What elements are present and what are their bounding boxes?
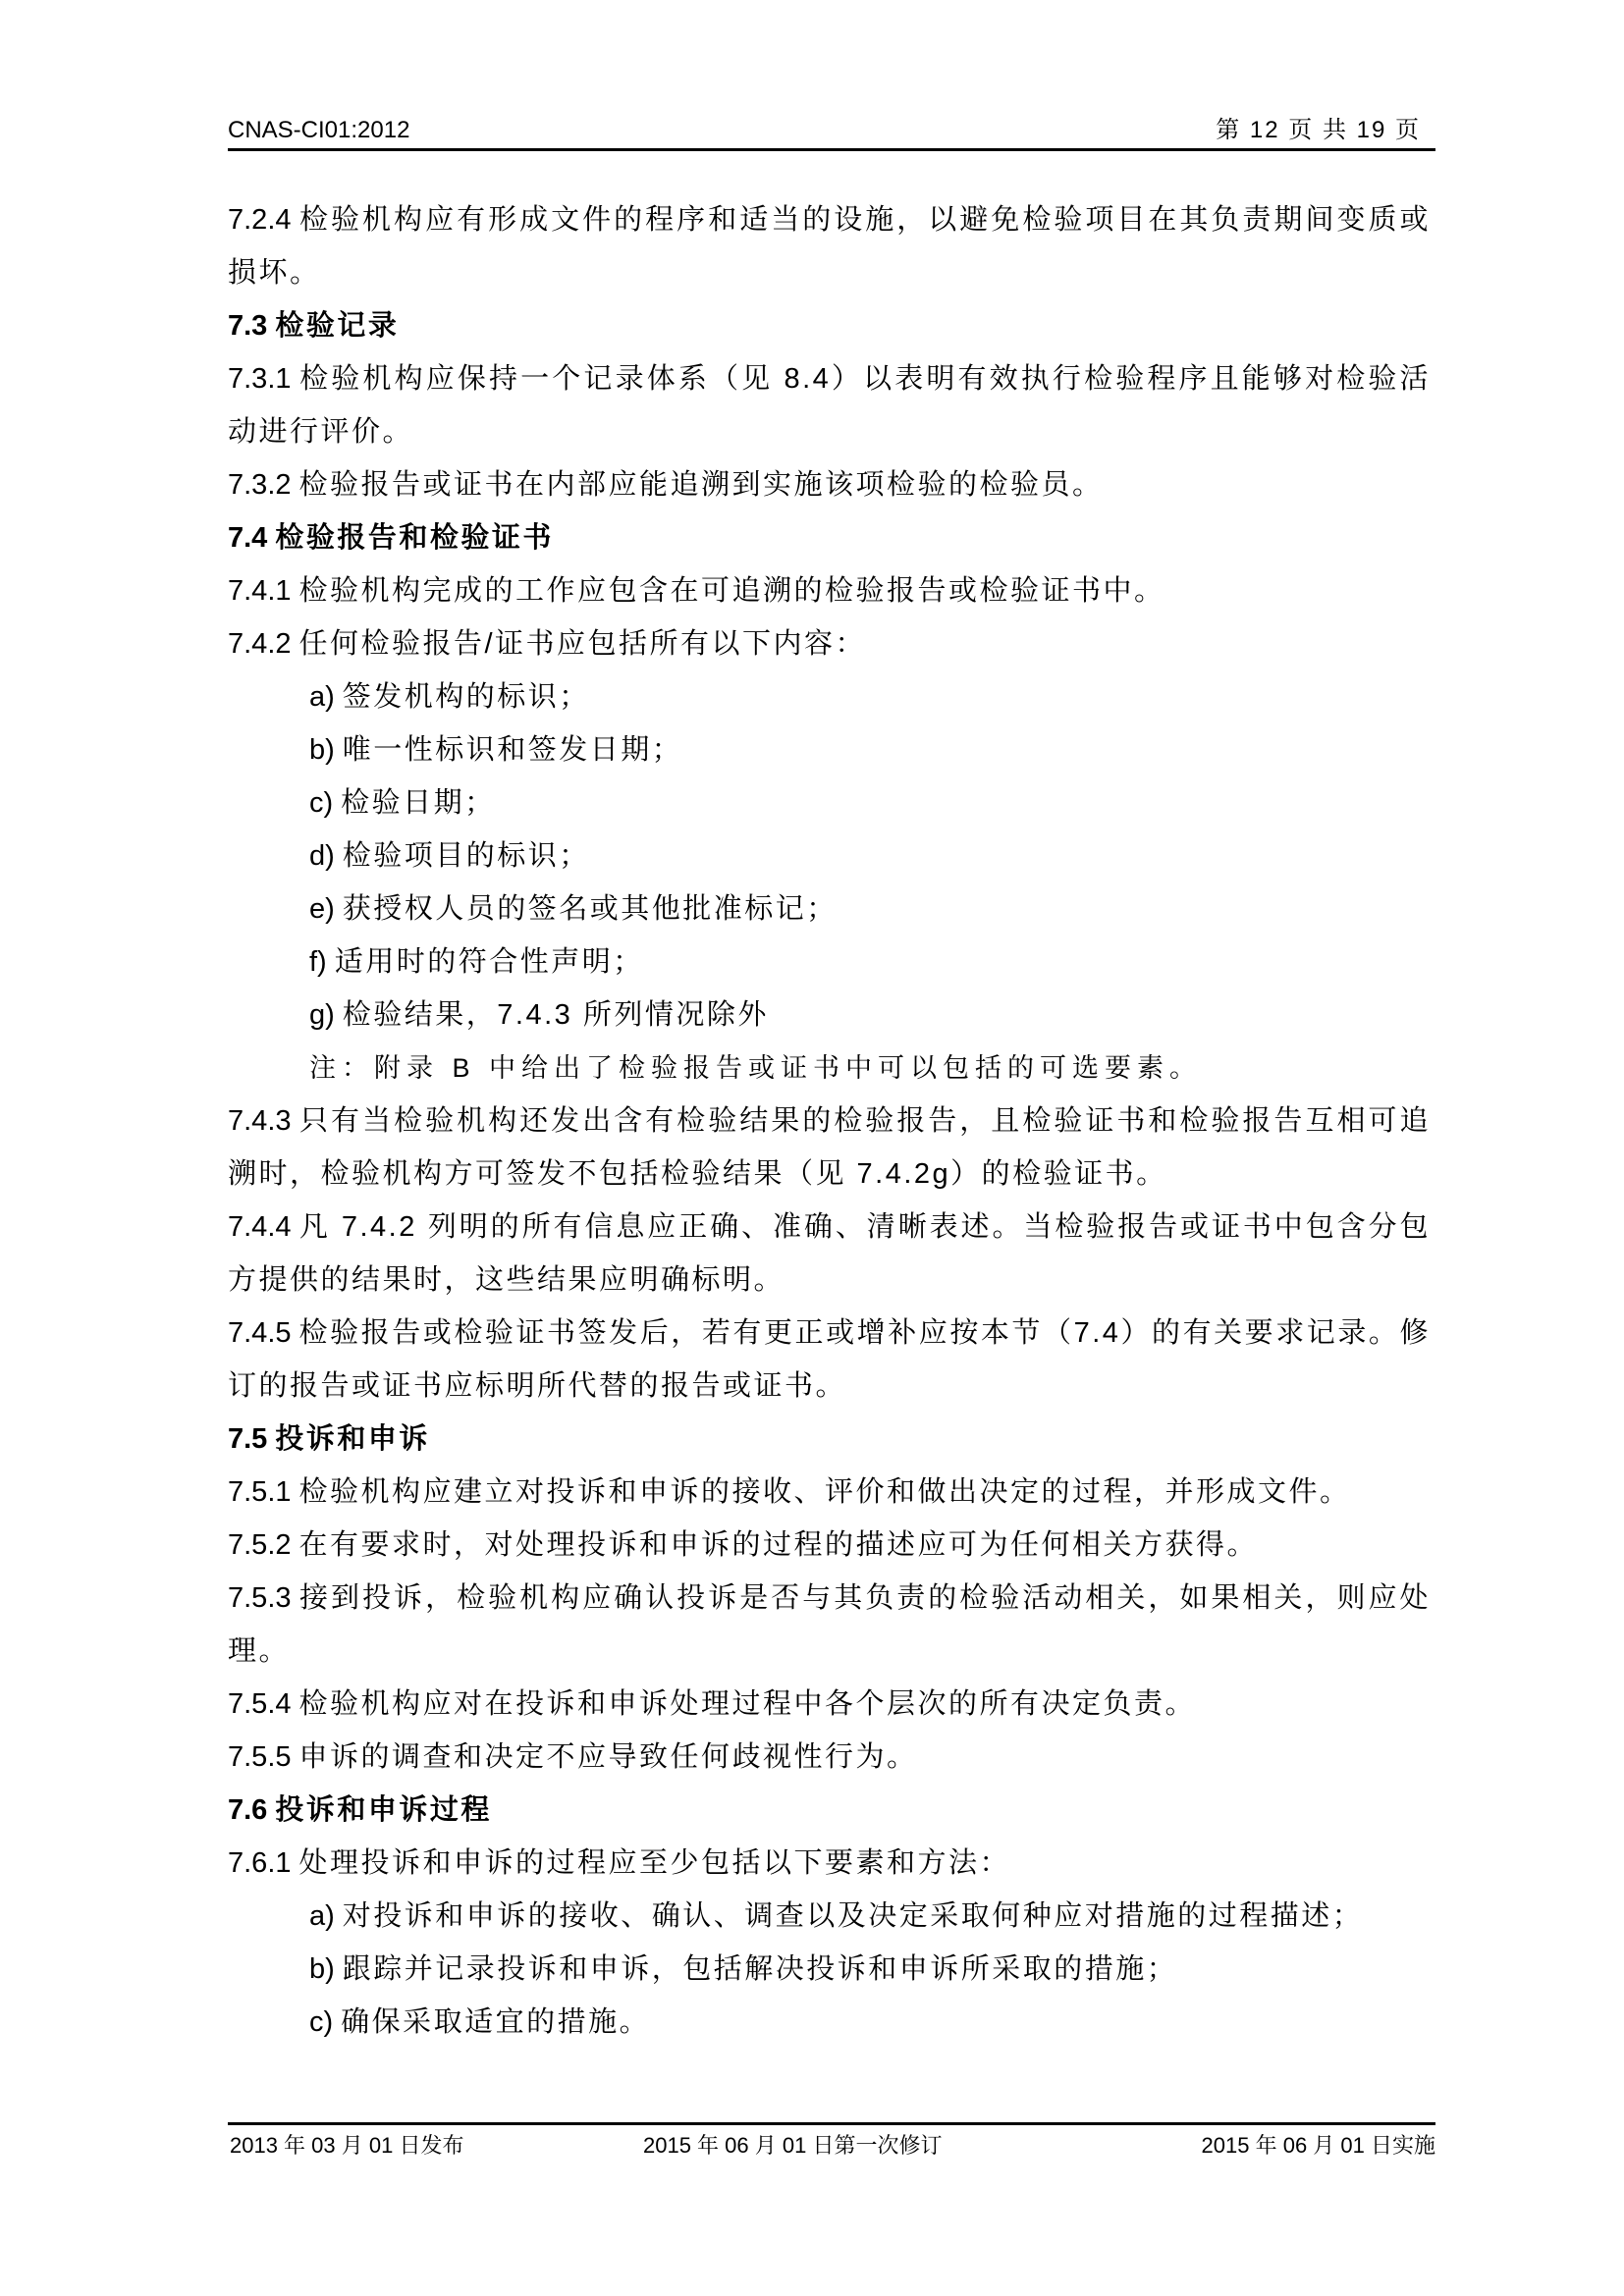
clause-number: 7.5.3 [228, 1582, 292, 1614]
section-title: 检验报告和检验证书 [275, 522, 554, 554]
item-text: 确保采取适宜的措施。 [341, 2006, 650, 2038]
section-heading-7-6: 7.6投诉和申诉过程 [228, 1784, 1431, 1837]
list-item: e)获授权人员的签名或其他批准标记； [228, 882, 1431, 935]
clause-number: 7.5.4 [228, 1688, 292, 1720]
item-label: b) [309, 1953, 335, 1985]
clause-number: 7.4.2 [228, 628, 292, 660]
item-text: 获授权人员的签名或其他批准标记； [343, 893, 838, 925]
issue-date: 2013 年 03 月 01 日发布 [230, 2132, 463, 2160]
clause-text: 接到投诉，检验机构应确认投诉是否与其负责的检验活动相关，如果相关，则应处理。 [228, 1582, 1431, 1667]
section-number: 7.6 [228, 1794, 267, 1826]
header-rule [228, 148, 1435, 151]
item-text: 唯一性标识和签发日期； [343, 734, 683, 766]
item-text: 适用时的符合性声明； [335, 946, 644, 978]
list-item: f)适用时的符合性声明； [228, 935, 1431, 988]
clause-number: 7.4.4 [228, 1211, 292, 1243]
item-text: 对投诉和申诉的接收、确认、调查以及决定采取何种应对措施的过程描述； [343, 1900, 1364, 1932]
list-item: b)唯一性标识和签发日期； [228, 723, 1431, 776]
item-text: 签发机构的标识； [343, 681, 590, 713]
clause-text: 在有要求时，对处理投诉和申诉的过程的描述应可为任何相关方获得。 [299, 1529, 1259, 1561]
clause-number: 7.5.1 [228, 1476, 292, 1508]
section-number: 7.4 [228, 522, 267, 554]
section-heading-7-3: 7.3检验记录 [228, 299, 1431, 352]
list-item: d)检验项目的标识； [228, 829, 1431, 882]
clause-text: 凡 7.4.2 列明的所有信息应正确、准确、清晰表述。当检验报告或证书中包含分包… [228, 1211, 1431, 1296]
list-item: c)确保采取适宜的措施。 [228, 1996, 1431, 2049]
section-title: 投诉和申诉 [275, 1423, 430, 1455]
list-item: c)检验日期； [228, 776, 1431, 829]
clause-text: 检验报告或检验证书签发后，若有更正或增补应按本节（7.4）的有关要求记录。修订的… [228, 1317, 1431, 1402]
clause-7-3-1: 7.3.1检验机构应保持一个记录体系（见 8.4）以表明有效执行检验程序且能够对… [228, 352, 1431, 458]
section-title: 投诉和申诉过程 [275, 1794, 492, 1826]
item-label: c) [309, 2006, 333, 2038]
clause-text: 处理投诉和申诉的过程应至少包括以下要素和方法： [299, 1847, 1011, 1879]
item-label: f) [309, 946, 327, 978]
item-label: d) [309, 840, 335, 872]
clause-text: 申诉的调查和决定不应导致任何歧视性行为。 [299, 1741, 918, 1773]
item-text: 检验日期； [341, 787, 496, 819]
clause-7-5-5: 7.5.5申诉的调查和决定不应导致任何歧视性行为。 [228, 1731, 1431, 1784]
section-heading-7-5: 7.5投诉和申诉 [228, 1413, 1431, 1466]
effective-date: 2015 年 06 月 01 日实施 [1202, 2132, 1435, 2160]
list-item: b)跟踪并记录投诉和申诉，包括解决投诉和申诉所采取的措施； [228, 1943, 1431, 1996]
clause-7-5-4: 7.5.4检验机构应对在投诉和申诉处理过程中各个层次的所有决定负责。 [228, 1678, 1431, 1731]
section-number: 7.5 [228, 1423, 267, 1455]
list-item: a)签发机构的标识； [228, 670, 1431, 723]
footer-rule [228, 2122, 1435, 2125]
item-label: a) [309, 1900, 335, 1932]
document-body: 7.2.4检验机构应有形成文件的程序和适当的设施，以避免检验项目在其负责期间变质… [228, 193, 1431, 2049]
clause-text: 检验机构应建立对投诉和申诉的接收、评价和做出决定的过程，并形成文件。 [299, 1476, 1351, 1508]
section-number: 7.3 [228, 310, 267, 342]
list-item: a)对投诉和申诉的接收、确认、调查以及决定采取何种应对措施的过程描述； [228, 1890, 1431, 1943]
clause-number: 7.4.1 [228, 575, 292, 607]
clause-text: 检验机构应保持一个记录体系（见 8.4）以表明有效执行检验程序且能够对检验活动进… [228, 363, 1431, 448]
clause-7-4-2: 7.4.2任何检验报告/证书应包括所有以下内容： [228, 617, 1431, 670]
clause-7-4-1: 7.4.1检验机构完成的工作应包含在可追溯的检验报告或检验证书中。 [228, 564, 1431, 617]
clause-number: 7.5.2 [228, 1529, 292, 1561]
clause-number: 7.4.3 [228, 1105, 292, 1137]
item-label: g) [309, 999, 335, 1031]
section-heading-7-4: 7.4检验报告和检验证书 [228, 511, 1431, 564]
clause-7-6-1: 7.6.1处理投诉和申诉的过程应至少包括以下要素和方法： [228, 1837, 1431, 1890]
clause-text: 任何检验报告/证书应包括所有以下内容： [299, 628, 867, 660]
clause-7-5-1: 7.5.1检验机构应建立对投诉和申诉的接收、评价和做出决定的过程，并形成文件。 [228, 1466, 1431, 1519]
item-text: 检验结果，7.4.3 所列情况除外 [343, 999, 769, 1031]
clause-number: 7.4.5 [228, 1317, 292, 1349]
clause-text: 检验机构应有形成文件的程序和适当的设施，以避免检验项目在其负责期间变质或损坏。 [228, 204, 1431, 289]
clause-number: 7.3.2 [228, 469, 292, 501]
note: 注：附录 B 中给出了检验报告或证书中可以包括的可选要素。 [228, 1041, 1431, 1095]
clause-7-4-4: 7.4.4凡 7.4.2 列明的所有信息应正确、准确、清晰表述。当检验报告或证书… [228, 1201, 1431, 1307]
page-footer: 2013 年 03 月 01 日发布 2015 年 06 月 01 日第一次修订… [228, 2132, 1435, 2160]
item-label: e) [309, 893, 335, 925]
clause-number: 7.3.1 [228, 363, 292, 395]
document-code: CNAS-CI01:2012 [228, 115, 409, 146]
section-title: 检验记录 [275, 310, 399, 342]
clause-text: 检验机构应对在投诉和申诉处理过程中各个层次的所有决定负责。 [299, 1688, 1197, 1720]
item-label: c) [309, 787, 333, 819]
item-text: 检验项目的标识； [343, 840, 590, 872]
clause-number: 7.5.5 [228, 1741, 292, 1773]
page-header: CNAS-CI01:2012 第 12 页 共 19 页 [228, 115, 1435, 146]
clause-number: 7.2.4 [228, 204, 292, 236]
clause-7-2-4: 7.2.4检验机构应有形成文件的程序和适当的设施，以避免检验项目在其负责期间变质… [228, 193, 1431, 299]
item-text: 跟踪并记录投诉和申诉，包括解决投诉和申诉所采取的措施； [343, 1953, 1178, 1985]
clause-7-5-2: 7.5.2在有要求时，对处理投诉和申诉的过程的描述应可为任何相关方获得。 [228, 1519, 1431, 1572]
clause-text: 只有当检验机构还发出含有检验结果的检验报告，且检验证书和检验报告互相可追溯时，检… [228, 1105, 1431, 1190]
list-item: g)检验结果，7.4.3 所列情况除外 [228, 988, 1431, 1041]
clause-text: 检验机构完成的工作应包含在可追溯的检验报告或检验证书中。 [299, 575, 1165, 607]
clause-7-3-2: 7.3.2检验报告或证书在内部应能追溯到实施该项检验的检验员。 [228, 458, 1431, 511]
revision-date: 2015 年 06 月 01 日第一次修订 [643, 2132, 942, 2160]
page-number: 第 12 页 共 19 页 [1216, 115, 1421, 146]
clause-7-4-5: 7.4.5检验报告或检验证书签发后，若有更正或增补应按本节（7.4）的有关要求记… [228, 1307, 1431, 1413]
note-text: 注：附录 B 中给出了检验报告或证书中可以包括的可选要素。 [309, 1053, 1202, 1083]
item-label: b) [309, 734, 335, 766]
clause-7-5-3: 7.5.3接到投诉，检验机构应确认投诉是否与其负责的检验活动相关，如果相关，则应… [228, 1572, 1431, 1678]
clause-text: 检验报告或证书在内部应能追溯到实施该项检验的检验员。 [299, 469, 1104, 501]
item-label: a) [309, 681, 335, 713]
clause-number: 7.6.1 [228, 1847, 292, 1879]
clause-7-4-3: 7.4.3只有当检验机构还发出含有检验结果的检验报告，且检验证书和检验报告互相可… [228, 1095, 1431, 1201]
